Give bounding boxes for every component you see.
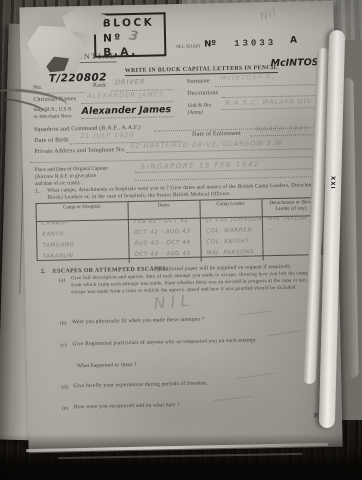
mi9-label: M.I. 9(JAP) — [176, 45, 200, 51]
field-surname-value: McINTOSH A. — [221, 73, 275, 82]
field-rank-label: Rank — [93, 83, 107, 89]
block-stamp-line3: B.A. — [103, 46, 138, 59]
q1-header-leader: Camp Leader. — [200, 199, 262, 217]
q2e-text: How were you recaptured and on what date… — [74, 402, 180, 410]
field-enlistment-value: MARCH 1940 — [256, 124, 309, 133]
q2b-label: (b) — [60, 320, 67, 326]
pencil-dash-mark — [214, 396, 254, 401]
q1-header-dates: Dates. — [128, 201, 200, 220]
q2b-text: Were you physically fit when you made th… — [72, 317, 204, 326]
block-number-handwritten: 3 — [128, 28, 139, 45]
field-capture-label: Place and Date of Original Capture(Aircr… — [35, 165, 135, 187]
serial-suffix: A — [290, 36, 297, 46]
field-date-of-birth-value: 21 JULY 1920 — [80, 131, 135, 140]
field-enlistment-label: Date of Enlistment — [192, 131, 241, 138]
photo-of-pow-form: CONFIDENTIAL BLOCK Nº3 B.A. M.I. 9(JAP) … — [0, 0, 362, 480]
q2d-label: (d) — [61, 384, 68, 390]
q2c-label: (c) — [60, 342, 66, 348]
field-decorations-label: Decorations — [187, 90, 218, 97]
field-unit-value: R.A.S.C. MALAYA DIV — [225, 97, 312, 107]
q2-number: 2. — [41, 269, 46, 275]
q1-camps-table: Camp or Hospital. Dates. Camp Leader. De… — [35, 197, 322, 261]
q2d-text: Give briefly your experiences during per… — [73, 380, 208, 389]
q2c-text: Give Regimental particulars of anyone wh… — [72, 337, 257, 347]
serial-number: 13033 — [234, 38, 276, 49]
serial-no-label: Nº — [204, 39, 216, 49]
q1-table-body: CHANGI FEB 42 - OCT 42 LT COL JOHNSON MA… — [37, 215, 322, 260]
table-cell: TAKANUN — [38, 252, 130, 265]
pencil-dash-mark — [266, 330, 300, 336]
field-rank-value: DRIVER — [115, 78, 146, 87]
field-unit-label: Unit & Div.(Army) — [187, 102, 221, 116]
q2a-text: Give full description and approx. date o… — [71, 271, 319, 296]
table-cell: OCT 44 - AUG 45 — [130, 251, 202, 264]
q2-heading: ESCAPES OR ATTEMPTED ESCAPES. — [53, 266, 168, 274]
field-date-of-birth-label: Date of Birth — [34, 137, 68, 144]
field-address-label: Private Address and Telephone No. — [34, 147, 125, 155]
field-surname-label: Surname — [187, 78, 210, 84]
block-stamp-line1: BLOCK — [103, 17, 155, 30]
pencil-dash-mark — [235, 373, 275, 380]
block-stamp-no-label: Nº — [103, 32, 123, 44]
page-edge-marking: XXI — [329, 176, 335, 190]
q1-header-camp: Camp or Hospital. — [36, 202, 128, 221]
q2a-label: (a) — [59, 277, 65, 283]
q1-number: 1. — [35, 189, 40, 195]
pencil-note-nil-top: Nil — [258, 6, 279, 24]
table-cell: MAJ. PARSONS — [201, 249, 263, 261]
table-shadow-bottom — [0, 434, 362, 480]
pencil-dash-mark — [238, 310, 274, 316]
q2e-label: (e) — [62, 405, 68, 411]
q2a-answer-nil: NIL — [153, 290, 195, 313]
name-stamp: Alexander James — [81, 104, 171, 117]
field-christian-names-value: ALEXANDER JAMES — [87, 90, 164, 100]
q2c-sub-text: What happened to them ? — [77, 362, 137, 369]
